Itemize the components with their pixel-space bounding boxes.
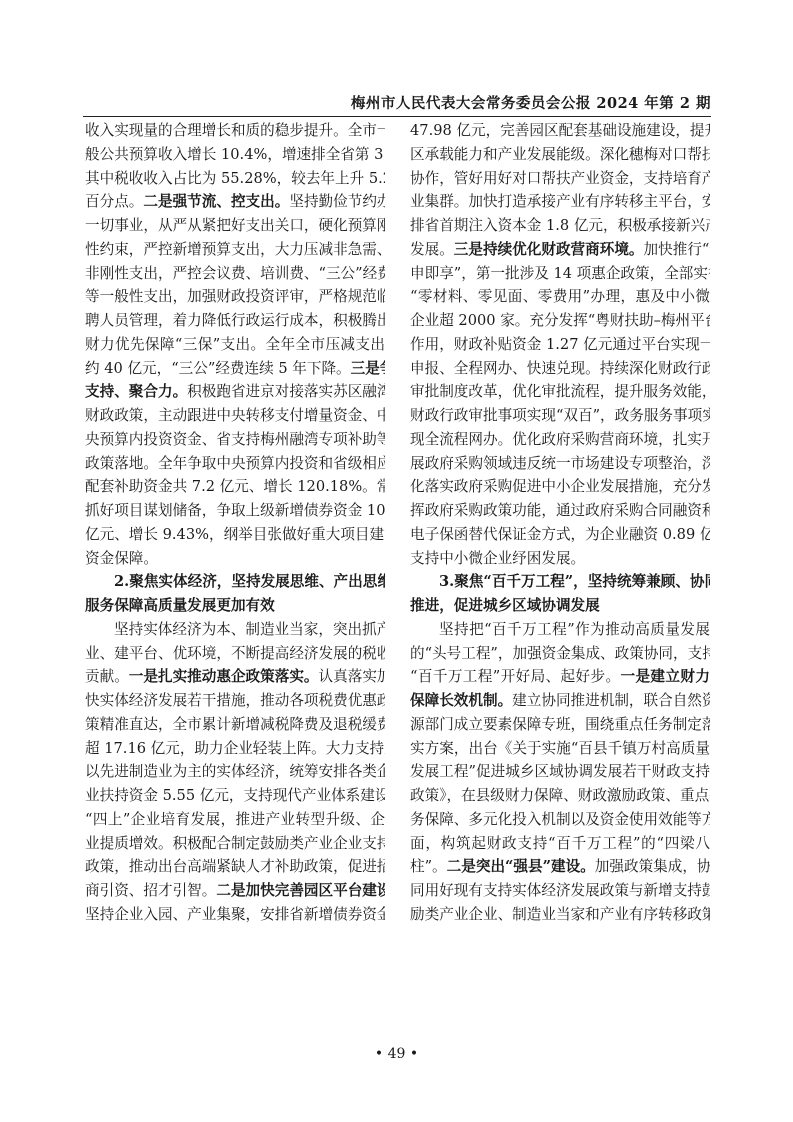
- text-run: 源部门成立要素保障专班，围绕重点任务制定落: [410, 716, 710, 733]
- text-run: 快实体经济发展若干措施，推动各项税费优惠政: [85, 692, 385, 709]
- bold-lead-phrase: 二是强节流、控支出。: [143, 193, 289, 210]
- text-run: 协作，管好用好对口帮扶产业资金，支持培育产: [410, 170, 710, 187]
- text-run: 般公共预算收入增长 10.4%，增速排全省第 3 位，: [85, 146, 385, 163]
- bold-lead-phrase: 二是加快完善园区平台建设。: [216, 882, 385, 899]
- text-run: 政策落地。全年争取中央预算内投资和省级相应: [85, 455, 385, 472]
- text-run: 化落实政府采购促进中小企业发展措施，充分发: [410, 478, 710, 495]
- text-line: 企业超 2000 家。充分发挥“粤财扶助–梅州平台”: [410, 309, 710, 333]
- text-line: 发展工程”促进城乡区域协调发展若干财政支持: [410, 760, 710, 784]
- text-run: 商引资、招才引智。: [85, 882, 216, 899]
- text-run: 支持中小微企业纾困发展。: [410, 550, 585, 567]
- text-run: 财政政策，主动跟进中央转移支付增量资金、中: [85, 407, 385, 424]
- text-run: 政策，推动出台高端紧缺人才补助政策，促进招: [85, 858, 385, 875]
- text-line: 挥政府采购政策功能，通过政府采购合同融资和: [410, 499, 710, 523]
- text-run: 性约束，严控新增预算支出，大力压减非急需、: [85, 241, 385, 258]
- text-line: 约 40 亿元，“三公”经费连续 5 年下降。三是争: [85, 357, 385, 381]
- text-run: 业集群。加快打造承接产业有序转移主平台，安: [410, 193, 710, 210]
- text-line: 申即享”，第一批涉及 14 项惠企政策，全部实行: [410, 262, 710, 286]
- text-line: 坚持实体经济为本、制造业当家，突出抓产: [85, 618, 385, 642]
- section-heading-line: 服务保障高质量发展更加有效: [85, 594, 385, 618]
- text-line: 贡献。一是扎实推动惠企政策落实。认真落实加: [85, 665, 385, 689]
- text-run: 挥政府采购政策功能，通过政府采购合同融资和: [410, 502, 710, 519]
- text-run: 励类产业企业、制造业当家和产业有序转移政策，: [410, 906, 710, 923]
- text-line: 坚持企业入园、产业集聚，安排省新增债券资金: [85, 903, 385, 927]
- text-line: 非刚性支出，严控会议费、培训费、“三公”经费: [85, 262, 385, 286]
- text-line: 百分点。二是强节流、控支出。坚持勤俭节约办: [85, 190, 385, 214]
- text-line: 一切事业，从严从紧把好支出关口，硬化预算刚: [85, 214, 385, 238]
- bold-lead-phrase: 一是扎实推动惠企政策落实。: [129, 668, 319, 685]
- text-line: 排省首期注入资本金 1.8 亿元，积极承接新兴产业: [410, 214, 710, 238]
- text-run: 百分点。: [85, 193, 143, 210]
- text-line: 业集群。加快打造承接产业有序转移主平台，安: [410, 190, 710, 214]
- text-line: 亿元、增长 9.43%，纲举目张做好重大项目建设: [85, 523, 385, 547]
- text-line: 策精准直达，全市累计新增减税降费及退税缓费: [85, 713, 385, 737]
- text-run: 申即享”，第一批涉及 14 项惠企政策，全部实行: [410, 265, 710, 282]
- text-run: 现全流程网办。优化政府采购营商环境，扎实开: [410, 431, 710, 448]
- text-line: 申报、全程网办、快速兑现。持续深化财政行政: [410, 357, 710, 381]
- text-run: 电子保函替代保证金方式，为企业融资 0.89 亿元，: [410, 526, 710, 543]
- text-run: 区承载能力和产业发展能级。深化穗梅对口帮扶: [410, 146, 710, 163]
- text-run: 业、建平台、优环境，不断提高经济发展的税收: [85, 645, 385, 662]
- right-column: 47.98 亿元，完善园区配套基础设施建设，提升园区承载能力和产业发展能级。深化…: [410, 119, 710, 927]
- text-run: 发展工程”促进城乡区域协调发展若干财政支持: [410, 763, 710, 780]
- text-run: 加强政策集成，协: [595, 858, 710, 875]
- text-line: 作用，财政补贴资金 1.27 亿元通过平台实现一次: [410, 333, 710, 357]
- text-run: 排省首期注入资本金 1.8 亿元，积极承接新兴产业: [410, 217, 710, 234]
- text-run: 坚持勤俭节约办: [289, 193, 385, 210]
- text-line: 配套补助资金共 7.2 亿元、增长 120.18%。常态化: [85, 475, 385, 499]
- text-line: 政策》，在县级财力保障、财政激励政策、重点任: [410, 784, 710, 808]
- section-heading-line: 2.聚焦实体经济，坚持发展思维、产出思维，: [85, 570, 385, 594]
- text-run: 认真落实加: [319, 668, 385, 685]
- text-line: “四上”企业培育发展，推进产业转型升级、企: [85, 808, 385, 832]
- text-line: 财力优先保障“三保”支出。全年全市压减支出: [85, 333, 385, 357]
- text-line: 聘人员管理，着力降低行政运行成本，积极腾出: [85, 309, 385, 333]
- text-line: 区承载能力和产业发展能级。深化穗梅对口帮扶: [410, 143, 710, 167]
- text-run: 贡献。: [85, 668, 129, 685]
- text-line: 收入实现量的合理增长和质的稳步提升。全市一: [85, 119, 385, 143]
- text-run: 坚持实体经济为本、制造业当家，突出抓产: [114, 621, 385, 638]
- text-line: 政策落地。全年争取中央预算内投资和省级相应: [85, 452, 385, 476]
- text-run: 加快推行“免: [644, 241, 710, 258]
- text-line: “零材料、零见面、零费用”办理，惠及中小微: [410, 285, 710, 309]
- text-run: 抓好项目谋划储备，争取上级新增债券资金 101: [85, 502, 385, 519]
- section-heading-line: 3.聚焦“百千万工程”，坚持统筹兼顾、协同: [410, 570, 710, 594]
- bold-lead-phrase: 保障长效机制。: [410, 692, 512, 709]
- text-run: 超 17.16 亿元，助力企业轻装上阵。大力支持发展: [85, 740, 385, 757]
- text-run: 实方案，出台《关于实施“百县千镇万村高质量: [410, 740, 710, 757]
- text-run: 企业超 2000 家。充分发挥“粤财扶助–梅州平台”: [410, 312, 710, 329]
- text-line: 务保障、多元化投入机制以及资金使用效能等方: [410, 808, 710, 832]
- text-line: 柱”。二是突出“强县”建设。加强政策集成，协: [410, 855, 710, 879]
- bold-lead-phrase: 二是突出“强县”建设。: [447, 858, 595, 875]
- text-line: 协作，管好用好对口帮扶产业资金，支持培育产: [410, 167, 710, 191]
- section-heading: 推进，促进城乡区域协调发展: [410, 597, 600, 614]
- text-line: 商引资、招才引智。二是加快完善园区平台建设。: [85, 879, 385, 903]
- text-line: 励类产业企业、制造业当家和产业有序转移政策，: [410, 903, 710, 927]
- text-run: 建立协同推进机制，联合自然资: [512, 692, 710, 709]
- text-line: 实方案，出台《关于实施“百县千镇万村高质量: [410, 737, 710, 761]
- text-run: 的“头号工程”，加强资金集成、政策协同，支持: [410, 645, 710, 662]
- text-run: 作用，财政补贴资金 1.27 亿元通过平台实现一次: [410, 336, 710, 353]
- text-line: 审批制度改革，优化审批流程，提升服务效能，: [410, 380, 710, 404]
- text-line: 资金保障。: [85, 547, 385, 571]
- text-line: 支持中小微企业纾困发展。: [410, 547, 710, 571]
- text-line: 财政政策，主动跟进中央转移支付增量资金、中: [85, 404, 385, 428]
- text-line: 般公共预算收入增长 10.4%，增速排全省第 3 位，: [85, 143, 385, 167]
- text-run: 务保障、多元化投入机制以及资金使用效能等方: [410, 811, 710, 828]
- text-line: 电子保函替代保证金方式，为企业融资 0.89 亿元，: [410, 523, 710, 547]
- section-heading: 服务保障高质量发展更加有效: [85, 597, 275, 614]
- text-line: 面，构筑起财政支持“百千万工程”的“四梁八: [410, 832, 710, 856]
- text-run: 展政府采购领域违反统一市场建设专项整治，深: [410, 455, 710, 472]
- text-run: “零材料、零见面、零费用”办理，惠及中小微: [410, 288, 710, 305]
- text-line: 支持、聚合力。积极跑省进京对接落实苏区融湾: [85, 380, 385, 404]
- text-run: 业扶持资金 5.55 亿元，支持现代产业体系建设和: [85, 787, 385, 804]
- running-head: 梅州市人民代表大会常务委员会公报 2024 年第 2 期: [83, 94, 711, 117]
- text-line: 源部门成立要素保障专班，围绕重点任务制定落: [410, 713, 710, 737]
- text-run: 同用好现有支持实体经济发展政策与新增支持鼓: [410, 882, 710, 899]
- text-line: 现全流程网办。优化政府采购营商环境，扎实开: [410, 428, 710, 452]
- text-line: 发展。三是持续优化财政营商环境。加快推行“免: [410, 238, 710, 262]
- text-line: 47.98 亿元，完善园区配套基础设施建设，提升园: [410, 119, 710, 143]
- text-run: 策精准直达，全市累计新增减税降费及退税缓费: [85, 716, 385, 733]
- text-run: 财政行政审批事项实现“双百”，政务服务事项实: [410, 407, 710, 424]
- left-column: 收入实现量的合理增长和质的稳步提升。全市一般公共预算收入增长 10.4%，增速排…: [85, 119, 385, 927]
- text-line: 业扶持资金 5.55 亿元，支持现代产业体系建设和: [85, 784, 385, 808]
- text-run: 央预算内投资资金、省支持梅州融湾专项补助等: [85, 431, 385, 448]
- text-line: 性约束，严控新增预算支出，大力压减非急需、: [85, 238, 385, 262]
- text-run: “百千万工程”开好局、起好步。: [410, 668, 620, 685]
- text-line: 快实体经济发展若干措施，推动各项税费优惠政: [85, 689, 385, 713]
- text-run: 业提质增效。积极配合制定鼓励类产业企业支持: [85, 835, 385, 852]
- text-run: 发展。: [410, 241, 454, 258]
- text-run: 资金保障。: [85, 550, 158, 567]
- text-run: 等一般性支出，加强财政投资评审，严格规范临: [85, 288, 385, 305]
- text-run: 柱”。: [410, 858, 447, 875]
- text-line: 等一般性支出，加强财政投资评审，严格规范临: [85, 285, 385, 309]
- text-line: “百千万工程”开好局、起好步。一是建立财力: [410, 665, 710, 689]
- text-line: 抓好项目谋划储备，争取上级新增债券资金 101: [85, 499, 385, 523]
- text-line: 化落实政府采购促进中小企业发展措施，充分发: [410, 475, 710, 499]
- page-number: • 49 •: [0, 1046, 793, 1062]
- text-run: 审批制度改革，优化审批流程，提升服务效能，: [410, 383, 710, 400]
- text-run: 聘人员管理，着力降低行政运行成本，积极腾出: [85, 312, 385, 329]
- text-run: 约 40 亿元，“三公”经费连续 5 年下降。: [85, 360, 351, 377]
- text-line: 的“头号工程”，加强资金集成、政策协同，支持: [410, 642, 710, 666]
- text-line: 其中税收收入占比为 55.28%，较去年上升 5.26 个: [85, 167, 385, 191]
- section-heading: 2.聚焦实体经济，坚持发展思维、产出思维，: [114, 573, 385, 590]
- text-run: 以先进制造业为主的实体经济，统筹安排各类企: [85, 763, 385, 780]
- section-heading-line: 推进，促进城乡区域协调发展: [410, 594, 710, 618]
- text-line: 坚持把“百千万工程”作为推动高质量发展: [410, 618, 710, 642]
- text-run: 面，构筑起财政支持“百千万工程”的“四梁八: [410, 835, 710, 852]
- text-run: 坚持企业入园、产业集聚，安排省新增债券资金: [85, 906, 385, 923]
- text-run: 坚持把“百千万工程”作为推动高质量发展: [439, 621, 710, 638]
- text-run: 47.98 亿元，完善园区配套基础设施建设，提升园: [410, 122, 710, 139]
- text-run: 亿元、增长 9.43%，纲举目张做好重大项目建设: [85, 526, 385, 543]
- text-run: 一切事业，从严从紧把好支出关口，硬化预算刚: [85, 217, 385, 234]
- text-line: 业、建平台、优环境，不断提高经济发展的税收: [85, 642, 385, 666]
- bold-lead-phrase: 三是争: [351, 360, 385, 377]
- text-run: 收入实现量的合理增长和质的稳步提升。全市一: [85, 122, 385, 139]
- text-line: 同用好现有支持实体经济发展政策与新增支持鼓: [410, 879, 710, 903]
- text-line: 超 17.16 亿元，助力企业轻装上阵。大力支持发展: [85, 737, 385, 761]
- section-heading: 3.聚焦“百千万工程”，坚持统筹兼顾、协同: [439, 573, 710, 590]
- bold-lead-phrase: 支持、聚合力。: [85, 383, 187, 400]
- text-run: 其中税收收入占比为 55.28%，较去年上升 5.26 个: [85, 170, 385, 187]
- text-line: 业提质增效。积极配合制定鼓励类产业企业支持: [85, 832, 385, 856]
- text-line: 财政行政审批事项实现“双百”，政务服务事项实: [410, 404, 710, 428]
- bold-lead-phrase: 一是建立财力: [620, 668, 710, 685]
- text-run: 配套补助资金共 7.2 亿元、增长 120.18%。常态化: [85, 478, 385, 495]
- text-line: 以先进制造业为主的实体经济，统筹安排各类企: [85, 760, 385, 784]
- text-run: “四上”企业培育发展，推进产业转型升级、企: [85, 811, 385, 828]
- text-line: 保障长效机制。建立协同推进机制，联合自然资: [410, 689, 710, 713]
- text-run: 申报、全程网办、快速兑现。持续深化财政行政: [410, 360, 710, 377]
- bold-lead-phrase: 三是持续优化财政营商环境。: [454, 241, 644, 258]
- text-run: 非刚性支出，严控会议费、培训费、“三公”经费: [85, 265, 385, 282]
- text-line: 展政府采购领域违反统一市场建设专项整治，深: [410, 452, 710, 476]
- text-run: 财力优先保障“三保”支出。全年全市压减支出: [85, 336, 385, 353]
- text-line: 政策，推动出台高端紧缺人才补助政策，促进招: [85, 855, 385, 879]
- text-run: 积极跑省进京对接落实苏区融湾: [187, 383, 385, 400]
- text-run: 政策》，在县级财力保障、财政激励政策、重点任: [410, 787, 710, 804]
- text-line: 央预算内投资资金、省支持梅州融湾专项补助等: [85, 428, 385, 452]
